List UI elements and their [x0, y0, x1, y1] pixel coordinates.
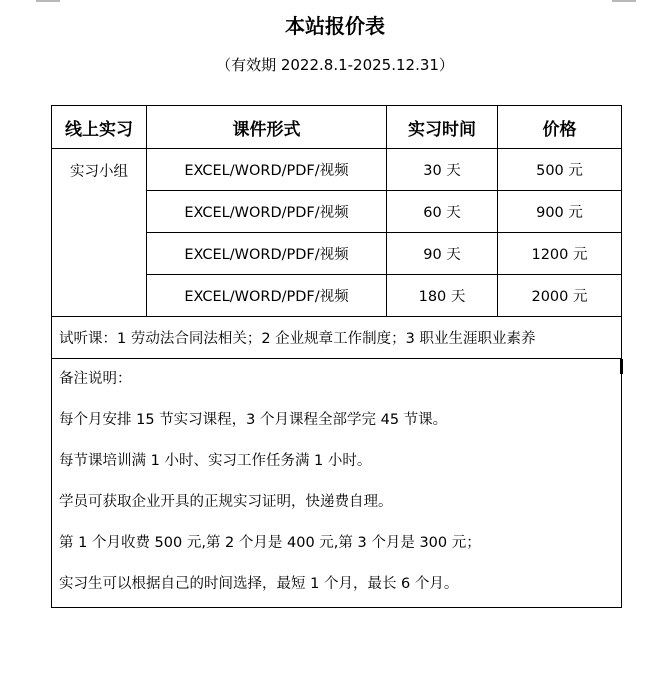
notes-cell: 备注说明： 每个月安排 15 节实习课程，3 个月课程全部学完 45 节课。 每…	[52, 359, 622, 608]
format-cell: EXCEL/WORD/PDF/视频	[147, 191, 387, 233]
page-corner-mark-right	[612, 0, 636, 2]
note-line: 每个月安排 15 节实习课程，3 个月课程全部学完 45 节课。	[59, 410, 614, 431]
notes-row: 备注说明： 每个月安排 15 节实习课程，3 个月课程全部学完 45 节课。 每…	[52, 359, 622, 608]
note-line: 每节课培训满 1 小时、实习工作任务满 1 小时。	[59, 451, 614, 472]
price-cell: 1200 元	[498, 233, 622, 275]
group-label: 实习小组	[52, 149, 147, 317]
table-header-row: 线上实习 课件形式 实习时间 价格	[52, 106, 622, 149]
table-resize-handle[interactable]	[620, 359, 623, 374]
validity-period: （有效期 2022.8.1-2025.12.31）	[0, 54, 670, 75]
price-cell: 2000 元	[498, 275, 622, 317]
note-line: 第 1 个月收费 500 元,第 2 个月是 400 元,第 3 个月是 300…	[59, 533, 614, 554]
note-line: 学员可获取企业开具的正规实习证明，快递费自理。	[59, 492, 614, 513]
table-row: 实习小组 EXCEL/WORD/PDF/视频 30 天 500 元	[52, 149, 622, 191]
header-online-internship: 线上实习	[52, 106, 147, 149]
price-table: 线上实习 课件形式 实习时间 价格 实习小组 EXCEL/WORD/PDF/视频…	[51, 105, 622, 608]
header-price: 价格	[498, 106, 622, 149]
trial-lessons: 试听课：1 劳动法合同法相关；2 企业规章工作制度；3 职业生涯职业素养	[52, 317, 622, 359]
note-line: 实习生可以根据自己的时间选择，最短 1 个月，最长 6 个月。	[59, 574, 614, 595]
page-corner-mark-left	[36, 0, 60, 2]
document-title: 本站报价表	[0, 10, 670, 39]
notes-heading: 备注说明：	[59, 369, 614, 390]
duration-cell: 180 天	[387, 275, 498, 317]
format-cell: EXCEL/WORD/PDF/视频	[147, 233, 387, 275]
price-cell: 900 元	[498, 191, 622, 233]
header-courseware-format: 课件形式	[147, 106, 387, 149]
header-internship-duration: 实习时间	[387, 106, 498, 149]
format-cell: EXCEL/WORD/PDF/视频	[147, 149, 387, 191]
duration-cell: 30 天	[387, 149, 498, 191]
duration-cell: 60 天	[387, 191, 498, 233]
price-cell: 500 元	[498, 149, 622, 191]
trial-row: 试听课：1 劳动法合同法相关；2 企业规章工作制度；3 职业生涯职业素养	[52, 317, 622, 359]
format-cell: EXCEL/WORD/PDF/视频	[147, 275, 387, 317]
duration-cell: 90 天	[387, 233, 498, 275]
